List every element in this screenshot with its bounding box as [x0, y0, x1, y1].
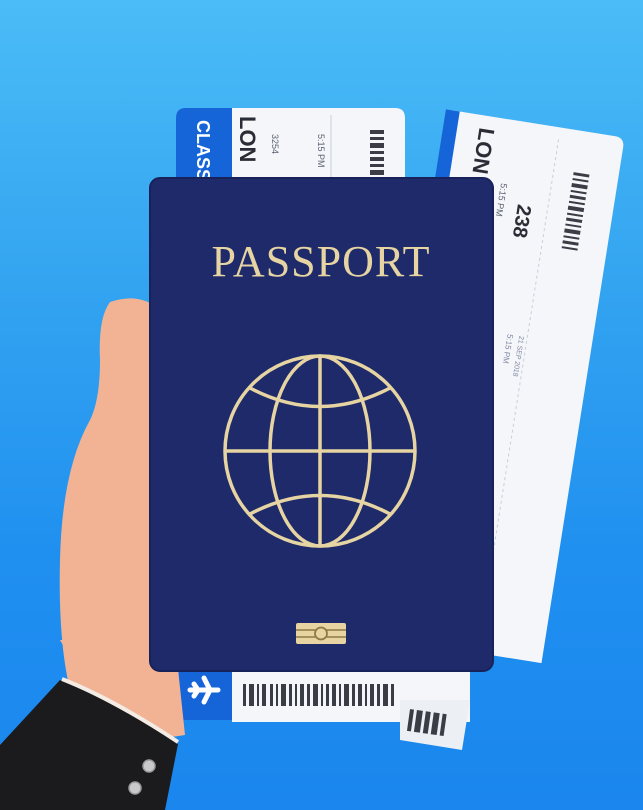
ticket-left-code: 3254: [270, 134, 280, 154]
globe-icon: [225, 356, 415, 546]
passport-title: PASSPORT: [212, 237, 431, 286]
ticket-left-destination: LON: [235, 116, 260, 162]
cufflink-button: [143, 760, 155, 772]
chip-icon: [296, 623, 346, 644]
ticket-class-label: CLASS: [193, 120, 213, 181]
ticket-left-time: 5:15 PM: [316, 134, 326, 168]
passport-illustration: LON 5:15 PM 238 5:15 PM 21 SEP 2018 CLAS…: [0, 0, 643, 810]
thumb: [60, 298, 160, 690]
passport: PASSPORT: [150, 178, 493, 671]
cufflink-button: [129, 782, 141, 794]
